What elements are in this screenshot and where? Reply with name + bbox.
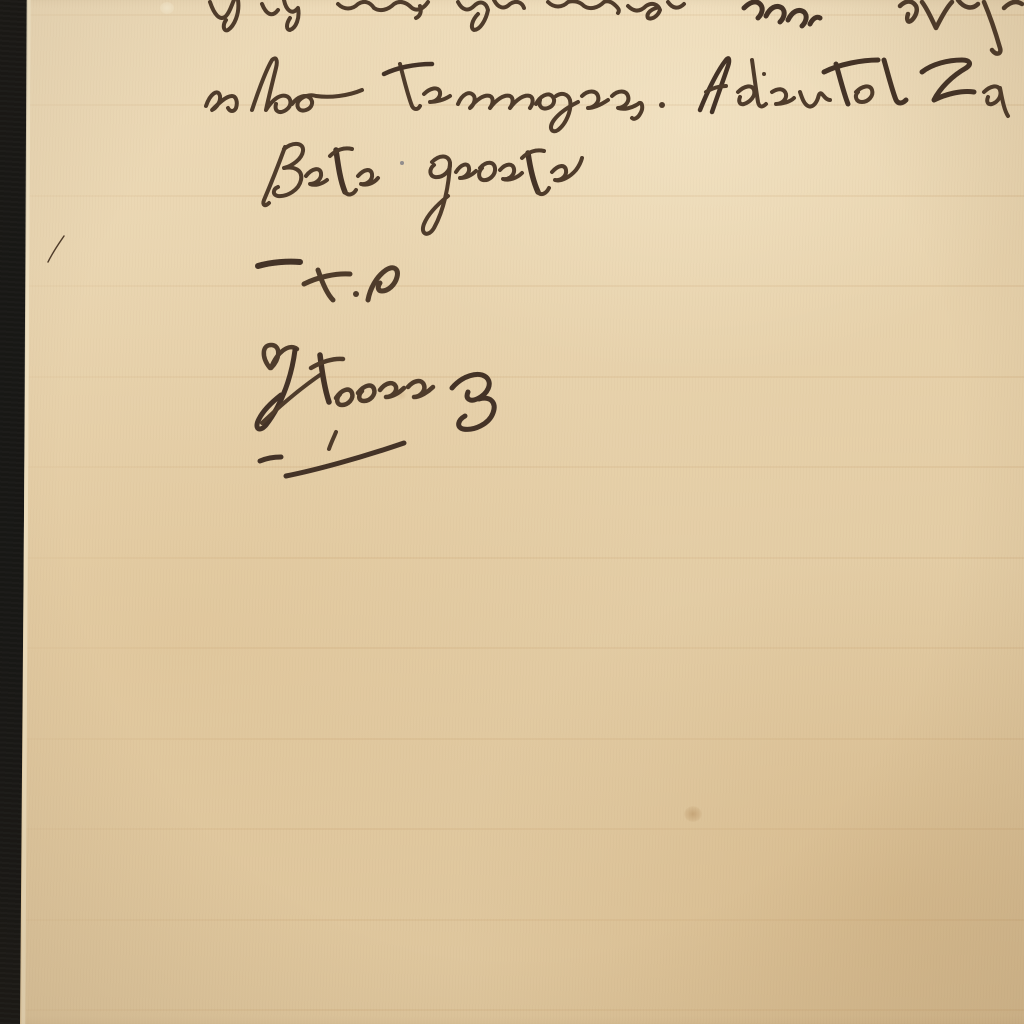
handwriting-line-tt (258, 262, 397, 300)
handwriting-line-beste-groeten (263, 144, 582, 234)
signature-flourish (260, 432, 404, 476)
handwriting-line-top-cropped (210, 0, 1022, 54)
signature-jthtoorop (257, 345, 494, 429)
handwriting-line-adieu (206, 58, 1008, 131)
fiber-mark (48, 236, 64, 262)
transcription-line-1: (top line cropped by image edge - only d… (0, 0, 1, 1)
scan-background: (top line cropped by image edge - only d… (0, 0, 1024, 1024)
handwriting-ink (0, 0, 1024, 1024)
letter-page: (top line cropped by image edge - only d… (0, 0, 1024, 1024)
transcription: (top line cropped by image edge - only d… (0, 0, 1, 1)
